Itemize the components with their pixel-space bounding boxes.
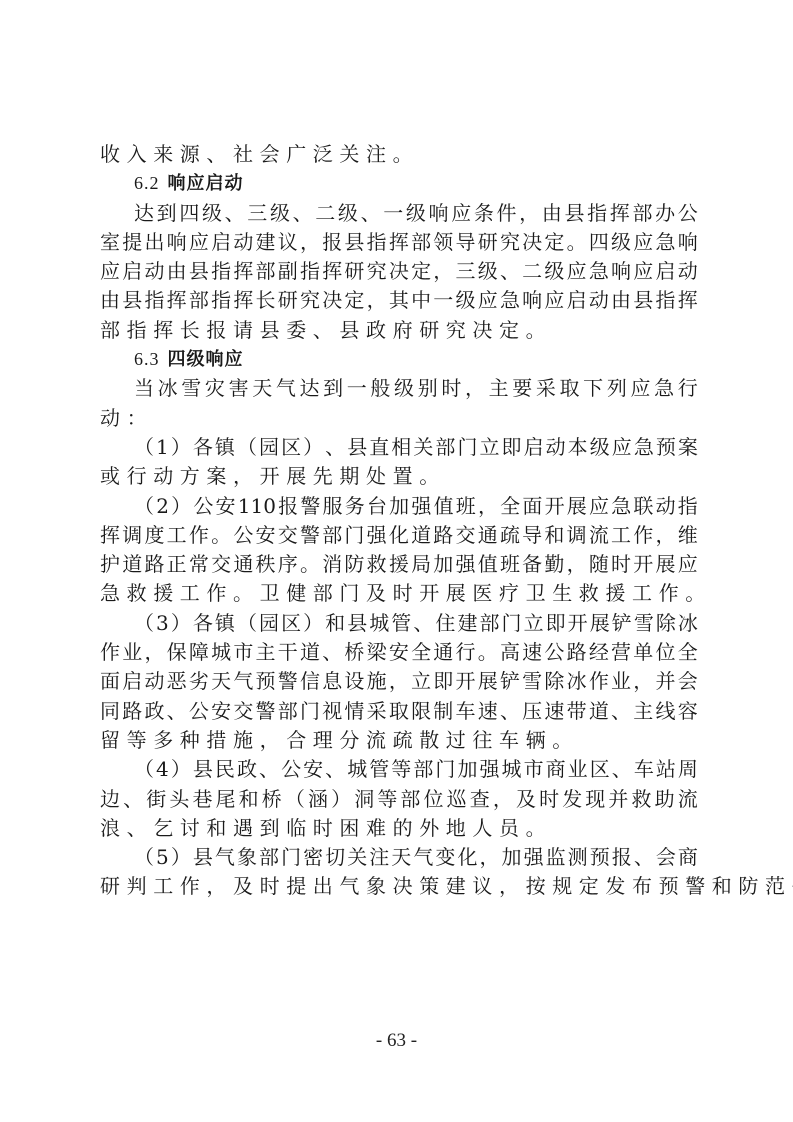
text-line: （3）各镇（园区）和县城管、住建部门立即开展铲雪除冰	[100, 609, 698, 638]
text-line: 急救援工作。卫健部门及时开展医疗卫生救援工作。	[100, 579, 698, 608]
text-line: （5）县气象部门密切关注天气变化，加强监测预报、会商	[100, 843, 698, 872]
paragraph: （4）县民政、公安、城管等部门加强城市商业区、车站周边、街头巷尾和桥（涵）洞等部…	[100, 755, 698, 843]
section-number: 6.2	[134, 173, 160, 193]
paragraph: 当冰雪灾害天气达到一般级别时，主要采取下列应急行动：	[100, 374, 698, 433]
text-line: 由县指挥部指挥长研究决定，其中一级应急响应启动由县指挥	[100, 286, 698, 315]
text-line: 动：	[100, 404, 698, 433]
text-line: 达到四级、三级、二级、一级响应条件，由县指挥部办公	[100, 199, 698, 228]
text-line: 应启动由县指挥部副指挥研究决定，三级、二级应急响应启动	[100, 257, 698, 286]
text-line: （2）公安110报警服务台加强值班，全面开展应急联动指	[100, 492, 698, 521]
text-line: 挥调度工作。公安交警部门强化道路交通疏导和调流工作，维	[100, 521, 698, 550]
text-line: 或行动方案，开展先期处置。	[100, 462, 698, 491]
paragraph: （2）公安110报警服务台加强值班，全面开展应急联动指挥调度工作。公安交警部门强…	[100, 492, 698, 609]
document-body: 收入来源、社会广泛关注。6.2响应启动达到四级、三级、二级、一级响应条件，由县指…	[100, 140, 698, 902]
text-line: 边、街头巷尾和桥（涵）洞等部位巡查，及时发现并救助流	[100, 785, 698, 814]
text-line: 留等多种措施，合理分流疏散过往车辆。	[100, 726, 698, 755]
section-number: 6.3	[134, 349, 160, 369]
document-page: 收入来源、社会广泛关注。6.2响应启动达到四级、三级、二级、一级响应条件，由县指…	[100, 140, 698, 902]
text-line: 面启动恶劣天气预警信息设施，立即开展铲雪除冰作业，并会	[100, 667, 698, 696]
paragraph: 收入来源、社会广泛关注。	[100, 140, 698, 169]
paragraph: （3）各镇（园区）和县城管、住建部门立即开展铲雪除冰作业，保障城市主干道、桥梁安…	[100, 609, 698, 755]
text-line: 作业，保障城市主干道、桥梁安全通行。高速公路经营单位全	[100, 638, 698, 667]
section-title: 四级响应	[168, 349, 244, 370]
paragraph: 达到四级、三级、二级、一级响应条件，由县指挥部办公室提出响应启动建议，报县指挥部…	[100, 199, 698, 345]
text-line: 研判工作，及时提出气象决策建议，按规定发布预警和防范信	[100, 872, 698, 901]
text-line: 收入来源、社会广泛关注。	[100, 140, 698, 169]
section-title: 响应启动	[168, 173, 244, 194]
section-heading: 6.3四级响应	[100, 345, 698, 374]
text-line: 部指挥长报请县委、县政府研究决定。	[100, 316, 698, 345]
text-line: 室提出响应启动建议，报县指挥部领导研究决定。四级应急响	[100, 228, 698, 257]
text-line: （1）各镇（园区）、县直相关部门立即启动本级应急预案	[100, 433, 698, 462]
section-heading: 6.2响应启动	[100, 169, 698, 198]
paragraph: （5）县气象部门密切关注天气变化，加强监测预报、会商研判工作，及时提出气象决策建…	[100, 843, 698, 902]
text-line: 同路政、公安交警部门视情采取限制车速、压速带道、主线容	[100, 697, 698, 726]
page-number: - 63 -	[0, 1030, 793, 1052]
paragraph: （1）各镇（园区）、县直相关部门立即启动本级应急预案或行动方案，开展先期处置。	[100, 433, 698, 492]
text-line: （4）县民政、公安、城管等部门加强城市商业区、车站周	[100, 755, 698, 784]
text-line: 护道路正常交通秩序。消防救援局加强值班备勤，随时开展应	[100, 550, 698, 579]
text-line: 浪、乞讨和遇到临时困难的外地人员。	[100, 814, 698, 843]
text-line: 当冰雪灾害天气达到一般级别时，主要采取下列应急行	[100, 374, 698, 403]
